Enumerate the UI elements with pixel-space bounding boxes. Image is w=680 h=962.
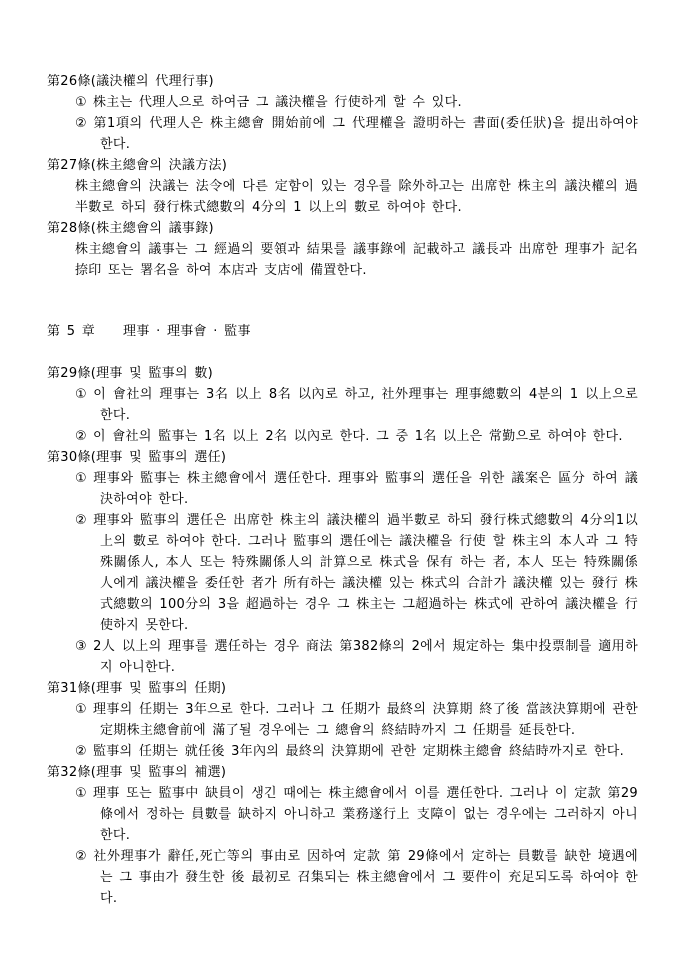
article-32-clause-1: ①理事 또는 監事中 缺員이 생긴 때에는 株主總會에서 이를 選任한다. 그러…	[75, 783, 638, 846]
clause-text: 理事와 監事는 株主總會에서 選任한다. 理事와 監事의 選任을 위한 議案은 …	[93, 471, 638, 507]
clause-number: ③	[75, 639, 87, 654]
article-26-clause-1: ①株主는 代理人으로 하여금 그 議決權을 行使하게 할 수 있다.	[75, 92, 638, 113]
article-26-clause-2: ②第1項의 代理人은 株主總會 開始前에 그 代理權을 證明하는 書面(委任狀)…	[75, 113, 638, 155]
article-29: 第29條(理事 및 監事의 數) ①이 會社의 理事는 3名 以上 8名 以內로…	[47, 363, 638, 447]
article-31-heading: 第31條(理事 및 監事의 任期)	[47, 678, 638, 699]
article-32-heading: 第32條(理事 및 監事의 補選)	[47, 762, 638, 783]
article-28-body: 株主總會의 議事는 그 經過의 要領과 結果를 議事錄에 記載하고 議長과 出席…	[75, 239, 638, 281]
article-31-clause-2: ②監事의 任期는 就任後 3年內의 最終의 決算期에 관한 定期株主總會 終結時…	[75, 741, 638, 762]
chapter-title: 理事 · 理事會 · 監事	[123, 324, 251, 339]
clause-text: 理事의 任期는 3年으로 한다. 그러나 그 任期가 最終의 決算期 終了後 當…	[93, 702, 638, 738]
clause-number: ①	[75, 95, 87, 110]
article-27-heading: 第27條(株主總會의 決議方法)	[47, 155, 638, 176]
article-28: 第28條(株主總會의 議事錄) 株主總會의 議事는 그 經過의 要領과 結果를 …	[47, 218, 638, 281]
clause-number: ②	[75, 849, 87, 864]
article-30-clause-2: ②理事와 監事의 選任은 出席한 株主의 議決權의 過半數로 하되 發行株式總數…	[75, 510, 638, 636]
article-29-clause-2: ②이 會社의 監事는 1名 以上 2名 以內로 한다. 그 중 1名 以上은 常…	[75, 426, 638, 447]
clause-number: ①	[75, 702, 87, 717]
article-29-heading: 第29條(理事 및 監事의 數)	[47, 363, 638, 384]
article-28-heading: 第28條(株主總會의 議事錄)	[47, 218, 638, 239]
article-27: 第27條(株主總會의 決議方法) 株主總會의 決議는 法令에 다른 定함이 있는…	[47, 155, 638, 218]
article-31-clause-1: ①理事의 任期는 3年으로 한다. 그러나 그 任期가 最終의 決算期 終了後 …	[75, 699, 638, 741]
clause-number: ②	[75, 513, 87, 528]
clause-text: 監事의 任期는 就任後 3年內의 最終의 決算期에 관한 定期株主總會 終結時까…	[93, 744, 624, 759]
document-page: 第26條(議決權의 代理行事) ①株主는 代理人으로 하여금 그 議決權을 行使…	[0, 0, 680, 962]
article-32: 第32條(理事 및 監事의 補選) ①理事 또는 監事中 缺員이 생긴 때에는 …	[47, 762, 638, 909]
article-30-heading: 第30條(理事 및 監事의 選任)	[47, 447, 638, 468]
article-30-clause-3: ③2人 以上의 理事를 選任하는 경우 商法 第382條의 2에서 規定하는 集…	[75, 636, 638, 678]
article-26-heading: 第26條(議決權의 代理行事)	[47, 71, 638, 92]
clause-number: ①	[75, 387, 87, 402]
clause-number: ①	[75, 471, 87, 486]
clause-number: ①	[75, 786, 87, 801]
article-26: 第26條(議決權의 代理行事) ①株主는 代理人으로 하여금 그 議決權을 行使…	[47, 71, 638, 155]
article-29-clause-1: ①이 會社의 理事는 3名 以上 8名 以內로 하고, 社外理事는 理事總數의 …	[75, 384, 638, 426]
chapter-number: 第 5 章	[47, 324, 95, 339]
clause-text: 第1項의 代理人은 株主總會 開始前에 그 代理權을 證明하는 書面(委任狀)을…	[93, 116, 638, 152]
clause-text: 2人 以上의 理事를 選任하는 경우 商法 第382條의 2에서 規定하는 集中…	[93, 639, 638, 675]
chapter-5-heading: 第 5 章理事 · 理事會 · 監事	[47, 321, 638, 342]
article-31: 第31條(理事 및 監事의 任期) ①理事의 任期는 3年으로 한다. 그러나 …	[47, 678, 638, 762]
article-30-clause-1: ①理事와 監事는 株主總會에서 選任한다. 理事와 監事의 選任을 위한 議案은…	[75, 468, 638, 510]
clause-number: ②	[75, 429, 87, 444]
clause-text: 理事와 監事의 選任은 出席한 株主의 議決權의 過半數로 하되 發行株式總數의…	[93, 513, 638, 633]
clause-text: 理事 또는 監事中 缺員이 생긴 때에는 株主總會에서 이를 選任한다. 그러나…	[93, 786, 638, 843]
clause-number: ②	[75, 116, 87, 131]
article-30: 第30條(理事 및 監事의 選任) ①理事와 監事는 株主總會에서 選任한다. …	[47, 447, 638, 678]
clause-text: 株主는 代理人으로 하여금 그 議決權을 行使하게 할 수 있다.	[93, 95, 462, 110]
article-32-clause-2: ②社外理事가 辭任,死亡等의 事由로 因하여 定款 第 29條에서 定하는 員數…	[75, 846, 638, 909]
clause-text: 이 會社의 理事는 3名 以上 8名 以內로 하고, 社外理事는 理事總數의 4…	[93, 387, 638, 423]
clause-text: 이 會社의 監事는 1名 以上 2名 以內로 한다. 그 중 1名 以上은 常勤…	[93, 429, 623, 444]
clause-number: ②	[75, 744, 87, 759]
clause-text: 社外理事가 辭任,死亡等의 事由로 因하여 定款 第 29條에서 定하는 員數를…	[93, 849, 638, 906]
article-27-body: 株主總會의 決議는 法令에 다른 定함이 있는 경우를 除外하고는 出席한 株主…	[75, 176, 638, 218]
